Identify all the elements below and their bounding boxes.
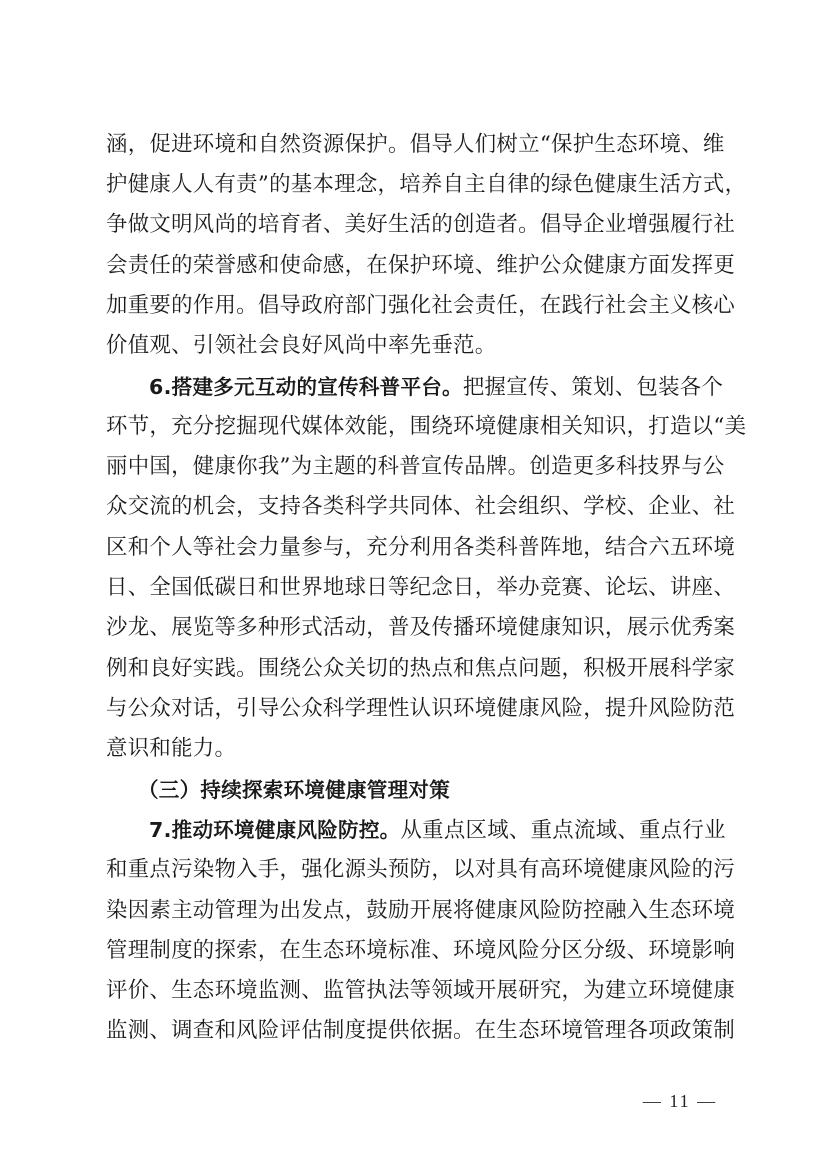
paragraph-line: 评价、生态环境监测、监管执法等领域开展研究，为建立环境健康 xyxy=(106,971,720,1011)
paragraph-line: 日、全国低碳日和世界地球日等纪念日，举办竞赛、论坛、讲座、 xyxy=(106,568,720,608)
paragraph-line: 众交流的机会，支持各类科学共同体、社会组织、学校、企业、社 xyxy=(106,487,720,527)
item-7-text: 从重点区域、重点流域、重点行业 xyxy=(400,818,725,843)
item-6-title: 6.搭建多元互动的宣传科普平台。 xyxy=(149,375,463,399)
paragraph-line: 例和良好实践。围绕公众关切的热点和焦点问题，积极开展科学家 xyxy=(106,649,720,689)
item-7-line: 7.推动环境健康风险防控。从重点区域、重点流域、重点行业 xyxy=(149,810,720,850)
paragraph-line: 丽中国，健康你我”为主题的科普宣传品牌。创造更多科技界与公 xyxy=(106,447,720,487)
paragraph-line: 价值观、引领社会良好风尚中率先垂范。 xyxy=(106,326,720,366)
item-7-title: 7.推动环境健康风险防控。 xyxy=(149,818,400,842)
paragraph-line: 涵，促进环境和自然资源保护。倡导人们树立“保护生态环境、维 xyxy=(106,125,720,165)
paragraph-line: 管理制度的探索，在生态环境标准、环境风险分区分级、环境影响 xyxy=(106,931,720,971)
paragraph-line: 区和个人等社会力量参与，充分利用各类科普阵地，结合六五环境 xyxy=(106,528,720,568)
paragraph-line: 沙龙、展览等多种形式活动，普及传播环境健康知识，展示优秀案 xyxy=(106,608,720,648)
paragraph-line: 染因素主动管理为出发点，鼓励开展将健康风险防控融入生态环境 xyxy=(106,891,720,931)
document-page: 涵，促进环境和自然资源保护。倡导人们树立“保护生态环境、维 护健康人人有责”的基… xyxy=(0,0,826,1169)
page-number: — 11 — xyxy=(630,1091,730,1112)
item-6-text: 把握宣传、策划、包装各个 xyxy=(463,375,723,400)
paragraph-line: 监测、调查和风险评估制度提供依据。在生态环境管理各项政策制 xyxy=(106,1011,720,1051)
paragraph-line: 护健康人人有责”的基本理念，培养自主自律的绿色健康生活方式， xyxy=(106,165,720,205)
paragraph-line: 和重点污染物入手，强化源头预防，以对具有高环境健康风险的污 xyxy=(106,850,720,890)
paragraph-line: 会责任的荣誉感和使命感，在保护环境、维护公众健康方面发挥更 xyxy=(106,246,720,286)
item-6-line: 6.搭建多元互动的宣传科普平台。把握宣传、策划、包装各个 xyxy=(149,367,720,407)
section-heading-text: （三）持续探索环境健康管理对策 xyxy=(138,778,450,802)
section-heading: （三）持续探索环境健康管理对策 xyxy=(138,770,752,810)
paragraph-line: 加重要的作用。倡导政府部门强化社会责任，在践行社会主义核心 xyxy=(106,286,720,326)
paragraph-line: 环节，充分挖掘现代媒体效能，围绕环境健康相关知识，打造以“美 xyxy=(106,407,720,447)
paragraph-line: 争做文明风尚的培育者、美好生活的创造者。倡导企业增强履行社 xyxy=(106,205,720,245)
paragraph-line: 意识和能力。 xyxy=(106,729,720,769)
paragraph-line: 与公众对话，引导公众科学理性认识环境健康风险，提升风险防范 xyxy=(106,689,720,729)
